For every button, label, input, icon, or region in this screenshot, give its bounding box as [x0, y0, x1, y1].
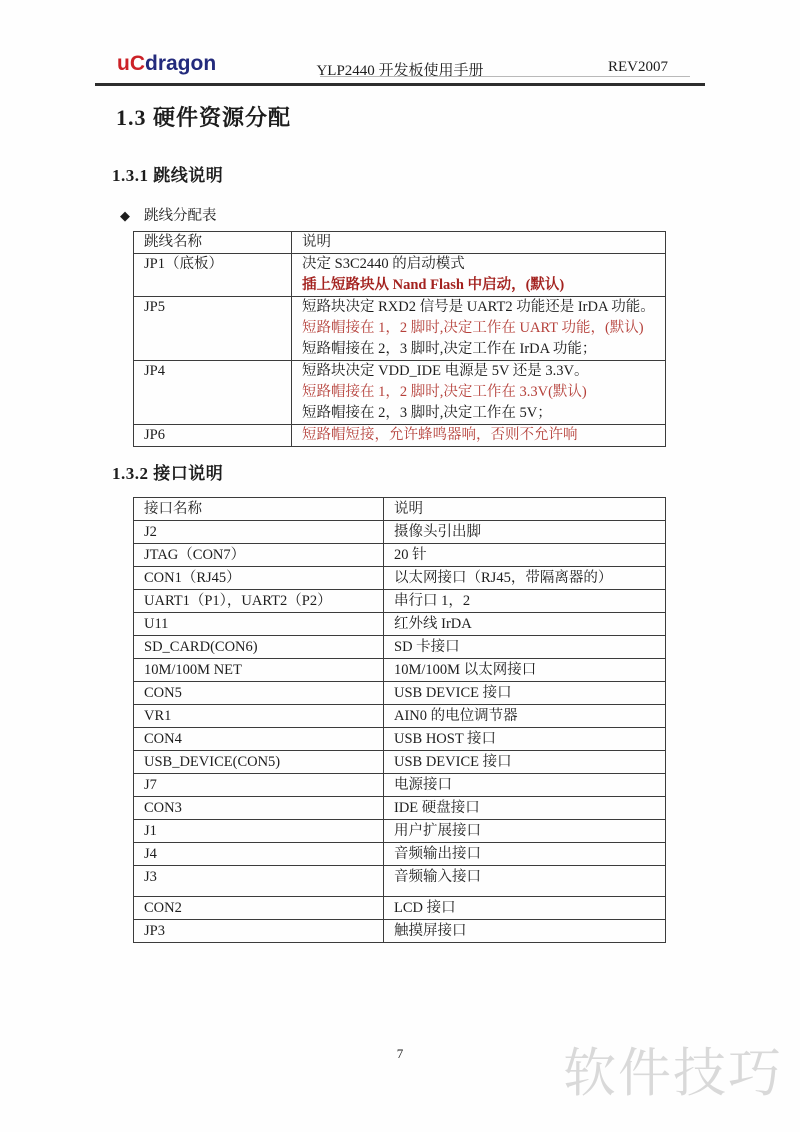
- interface-name-cell: J3: [134, 866, 384, 897]
- interface-table-row: USB_DEVICE(CON5)USB DEVICE 接口: [134, 751, 666, 774]
- interface-name-cell: J1: [134, 820, 384, 843]
- jumper-desc-line: 短路帽短接，允许蜂鸣器响，否则不允许响: [302, 425, 659, 446]
- interface-desc-cell: USB DEVICE 接口: [384, 682, 666, 705]
- jumper-name-cell: JP4: [134, 361, 292, 425]
- interface-desc-cell: 20 针: [384, 544, 666, 567]
- interface-table-row: CON4USB HOST 接口: [134, 728, 666, 751]
- interface-desc-cell: 音频输入接口: [384, 866, 666, 897]
- jumper-name-cell: JP1（底板）: [134, 254, 292, 297]
- interface-table-row: J2摄像头引出脚: [134, 521, 666, 544]
- interface-table: 接口名称说明J2摄像头引出脚JTAG（CON7）20 针CON1（RJ45）以太…: [133, 497, 666, 943]
- interface-table-row: JP3触摸屏接口: [134, 920, 666, 943]
- jumper-table: 跳线名称说明JP1（底板）决定 S3C2440 的启动模式插上短路块从 Nand…: [133, 231, 666, 447]
- header-revision: REV2007: [608, 59, 668, 76]
- jumper-desc-cell: 短路帽短接，允许蜂鸣器响，否则不允许响: [292, 425, 666, 447]
- header-divider-rule: [95, 83, 705, 86]
- interface-table-row: U11红外线 IrDA: [134, 613, 666, 636]
- jumper-desc-line: 短路帽接在 1，2 脚时,决定工作在 3.3V(默认): [302, 382, 659, 403]
- jumper-desc-line: 短路块决定 RXD2 信号是 UART2 功能还是 IrDA 功能。: [302, 297, 659, 318]
- interface-name-cell: CON3: [134, 797, 384, 820]
- jumper-desc-line: 插上短路块从 Nand Flash 中启动，(默认): [302, 275, 659, 296]
- interface-name-cell: J4: [134, 843, 384, 866]
- interface-desc-cell: 触摸屏接口: [384, 920, 666, 943]
- interface-name-cell: JP3: [134, 920, 384, 943]
- interface-desc-cell: 用户扩展接口: [384, 820, 666, 843]
- jumper-desc-line: 短路块决定 VDD_IDE 电源是 5V 还是 3.3V。: [302, 361, 659, 382]
- interface-table-row: CON1（RJ45）以太网接口（RJ45，带隔离器的）: [134, 567, 666, 590]
- jumper-table-caption: ◆跳线分配表: [120, 204, 217, 225]
- watermark-text: 软件技巧: [563, 1031, 783, 1107]
- interface-desc-cell: LCD 接口: [384, 897, 666, 920]
- jumper-desc-line: 决定 S3C2440 的启动模式: [302, 254, 659, 275]
- jumper-desc-cell: 短路块决定 VDD_IDE 电源是 5V 还是 3.3V。短路帽接在 1，2 脚…: [292, 361, 666, 425]
- interface-table-row: J7电源接口: [134, 774, 666, 797]
- interface-desc-cell: 10M/100M 以太网接口: [384, 659, 666, 682]
- jumper-desc-line: 短路帽接在 2，3 脚时,决定工作在 IrDA 功能；: [302, 339, 659, 360]
- jumper-desc-line: 短路帽接在 2，3 脚时,决定工作在 5V；: [302, 403, 659, 424]
- jumper-table-header-row: 跳线名称说明: [134, 232, 666, 254]
- interface-name-cell: J2: [134, 521, 384, 544]
- jumper-table-caption-text: 跳线分配表: [144, 208, 217, 224]
- interface-table-header-row: 接口名称说明: [134, 498, 666, 521]
- jumper-table-row: JP6短路帽短接，允许蜂鸣器响，否则不允许响: [134, 425, 666, 447]
- interface-name-cell: CON1（RJ45）: [134, 567, 384, 590]
- jumper-table-row: JP1（底板）决定 S3C2440 的启动模式插上短路块从 Nand Flash…: [134, 254, 666, 297]
- interface-table-row: J3音频输入接口: [134, 866, 666, 897]
- subsection-title-interface: 1.3.2 接口说明: [112, 459, 223, 484]
- interface-name-cell: UART1（P1），UART2（P2）: [134, 590, 384, 613]
- interface-table-row: VR1AIN0 的电位调节器: [134, 705, 666, 728]
- jumper-col-desc-header: 说明: [292, 232, 666, 254]
- interface-col-desc-header: 说明: [384, 498, 666, 521]
- interface-desc-cell: SD 卡接口: [384, 636, 666, 659]
- interface-table-row: J1用户扩展接口: [134, 820, 666, 843]
- interface-name-cell: J7: [134, 774, 384, 797]
- interface-col-name-header: 接口名称: [134, 498, 384, 521]
- jumper-name-cell: JP5: [134, 297, 292, 361]
- interface-table-row: SD_CARD(CON6)SD 卡接口: [134, 636, 666, 659]
- jumper-name-cell: JP6: [134, 425, 292, 447]
- interface-table-row: CON3IDE 硬盘接口: [134, 797, 666, 820]
- interface-desc-cell: 串行口 1，2: [384, 590, 666, 613]
- interface-name-cell: CON2: [134, 897, 384, 920]
- interface-table-row: CON5USB DEVICE 接口: [134, 682, 666, 705]
- interface-name-cell: JTAG（CON7）: [134, 544, 384, 567]
- interface-desc-cell: 电源接口: [384, 774, 666, 797]
- jumper-desc-line: 短路帽接在 1，2 脚时,决定工作在 UART 功能，(默认): [302, 318, 659, 339]
- jumper-desc-cell: 决定 S3C2440 的启动模式插上短路块从 Nand Flash 中启动，(默…: [292, 254, 666, 297]
- interface-name-cell: 10M/100M NET: [134, 659, 384, 682]
- interface-table-row: CON2LCD 接口: [134, 897, 666, 920]
- interface-name-cell: USB_DEVICE(CON5): [134, 751, 384, 774]
- interface-desc-cell: 摄像头引出脚: [384, 521, 666, 544]
- interface-desc-cell: 以太网接口（RJ45，带隔离器的）: [384, 567, 666, 590]
- diamond-bullet-icon: ◆: [120, 208, 130, 223]
- interface-desc-cell: USB HOST 接口: [384, 728, 666, 751]
- jumper-col-name-header: 跳线名称: [134, 232, 292, 254]
- interface-name-cell: U11: [134, 613, 384, 636]
- interface-desc-cell: USB DEVICE 接口: [384, 751, 666, 774]
- interface-desc-cell: 音频输出接口: [384, 843, 666, 866]
- jumper-desc-cell: 短路块决定 RXD2 信号是 UART2 功能还是 IrDA 功能。短路帽接在 …: [292, 297, 666, 361]
- interface-desc-cell: IDE 硬盘接口: [384, 797, 666, 820]
- interface-desc-cell: 红外线 IrDA: [384, 613, 666, 636]
- interface-table-row: 10M/100M NET10M/100M 以太网接口: [134, 659, 666, 682]
- subsection-title-jumper: 1.3.1 跳线说明: [112, 161, 223, 186]
- interface-desc-cell: AIN0 的电位调节器: [384, 705, 666, 728]
- interface-name-cell: CON4: [134, 728, 384, 751]
- section-title-hardware-resources: 1.3 硬件资源分配: [116, 101, 291, 132]
- jumper-table-row: JP5短路块决定 RXD2 信号是 UART2 功能还是 IrDA 功能。短路帽…: [134, 297, 666, 361]
- header-divider-thin: [320, 76, 690, 77]
- interface-table-row: JTAG（CON7）20 针: [134, 544, 666, 567]
- interface-table-row: J4音频输出接口: [134, 843, 666, 866]
- interface-table-row: UART1（P1），UART2（P2）串行口 1，2: [134, 590, 666, 613]
- interface-name-cell: CON5: [134, 682, 384, 705]
- interface-name-cell: VR1: [134, 705, 384, 728]
- interface-name-cell: SD_CARD(CON6): [134, 636, 384, 659]
- document-page: uCdragon YLP2440 开发板使用手册 REV2007 1.3 硬件资…: [0, 0, 800, 1132]
- jumper-table-row: JP4短路块决定 VDD_IDE 电源是 5V 还是 3.3V。短路帽接在 1，…: [134, 361, 666, 425]
